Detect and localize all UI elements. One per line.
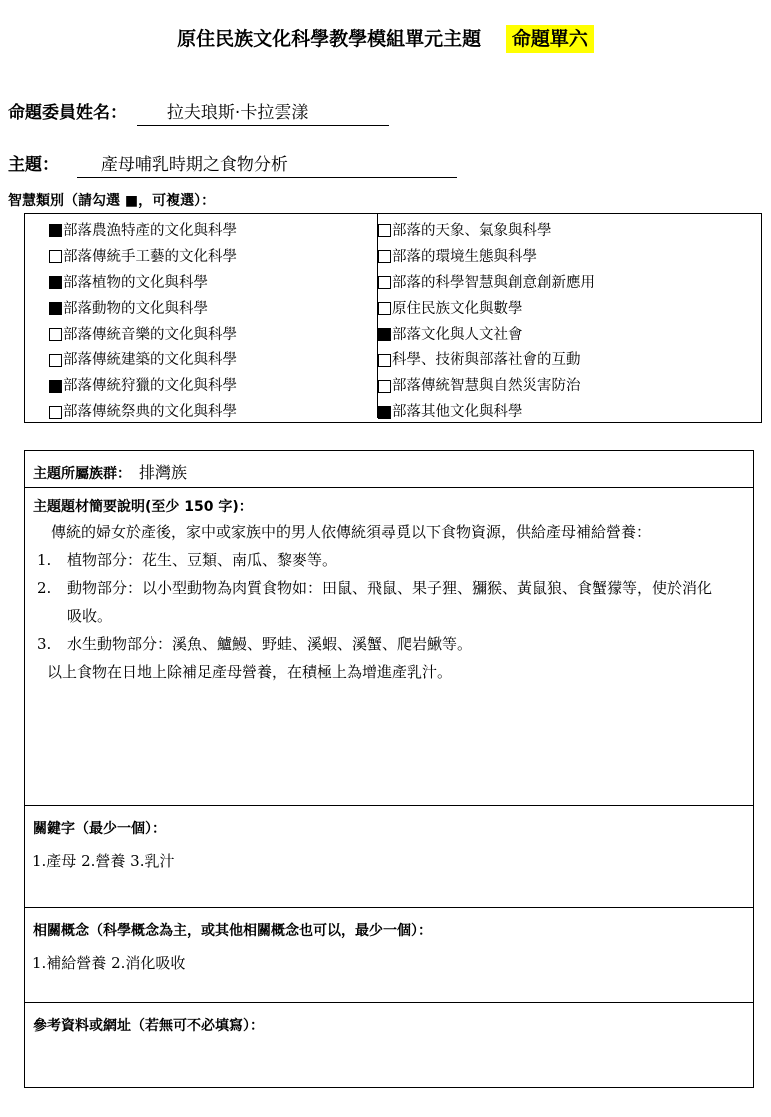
description-list-item: 3.水生動物部分：溪魚、鱸鰻、野蛙、溪蝦、溪蟹、爬岩鰍等。 bbox=[33, 630, 753, 658]
list-text: 水生動物部分：溪魚、鱸鰻、野蛙、溪蝦、溪蟹、爬岩鰍等。 bbox=[67, 630, 717, 658]
concepts-label: 相關概念（科學概念為主，或其他相關概念也可以，最少一個）： bbox=[33, 920, 753, 940]
category-item-label: 部落的環境生態與科學 bbox=[392, 244, 537, 270]
topic-field: 主題： 產母哺乳時期之食物分析 bbox=[8, 150, 457, 178]
category-item[interactable]: 部落傳統狩獵的文化與科學 bbox=[49, 373, 374, 399]
category-column-left: 部落農漁特產的文化與科學 部落傳統手工藝的文化科學 部落植物的文化與科學 部落動… bbox=[49, 218, 374, 425]
category-item-label: 部落文化與人文社會 bbox=[392, 322, 523, 348]
checkbox-icon[interactable] bbox=[49, 354, 62, 367]
list-text: 動物部分：以小型動物為肉質食物如：田鼠、飛鼠、果子狸、獼猴、黃鼠狼、食蟹獴等，使… bbox=[67, 574, 717, 630]
tribe-label: 主題所屬族群： bbox=[33, 466, 131, 482]
category-item-label: 原住民族文化與數學 bbox=[392, 296, 523, 322]
list-text: 植物部分：花生、豆類、南瓜、黎麥等。 bbox=[67, 546, 717, 574]
description-list-item: 2.動物部分：以小型動物為肉質食物如：田鼠、飛鼠、果子狸、獼猴、黃鼠狼、食蟹獴等… bbox=[33, 574, 753, 630]
category-item-label: 科學、技術與部落社會的互動 bbox=[392, 347, 581, 373]
checkbox-icon[interactable] bbox=[378, 224, 391, 237]
keywords-label: 關鍵字（最少一個）： bbox=[33, 818, 753, 838]
checkbox-icon[interactable] bbox=[49, 406, 62, 419]
category-item-label: 部落的天象、氣象與科學 bbox=[392, 218, 552, 244]
checkbox-icon[interactable] bbox=[378, 302, 391, 315]
category-item[interactable]: 部落傳統祭典的文化與科學 bbox=[49, 399, 374, 425]
checkbox-icon[interactable] bbox=[49, 250, 62, 263]
category-label: 智慧類別（請勾選 ■，可複選）： bbox=[8, 190, 215, 210]
topic-details-table: 主題所屬族群：排灣族 主題題材簡要說明(至少 150 字)： 傳統的婦女於產後，… bbox=[24, 450, 754, 1088]
title-text: 原住民族文化科學教學模組單元主題 bbox=[177, 28, 481, 50]
references-label: 參考資料或網址（若無可不必填寫）： bbox=[33, 1015, 753, 1035]
category-item-label: 部落動物的文化與科學 bbox=[63, 296, 208, 322]
concepts-row: 相關概念（科學概念為主，或其他相關概念也可以，最少一個）： 1.補給營養 2.消… bbox=[25, 908, 753, 1003]
checkbox-icon[interactable] bbox=[49, 380, 62, 393]
description-row: 主題題材簡要說明(至少 150 字)： 傳統的婦女於產後，家中或家族中的男人依傳… bbox=[25, 488, 753, 806]
category-item[interactable]: 部落農漁特產的文化與科學 bbox=[49, 218, 374, 244]
checkbox-icon[interactable] bbox=[378, 328, 391, 341]
list-number: 3. bbox=[33, 630, 67, 658]
tribe-row: 主題所屬族群：排灣族 bbox=[25, 451, 753, 488]
category-item[interactable]: 部落傳統音樂的文化與科學 bbox=[49, 322, 374, 348]
category-column-right: 部落的天象、氣象與科學 部落的環境生態與科學 部落的科學智慧與創意創新應用 原住… bbox=[377, 214, 757, 418]
checkbox-icon[interactable] bbox=[49, 276, 62, 289]
category-item-label: 部落其他文化與科學 bbox=[392, 399, 523, 425]
list-number: 1. bbox=[33, 546, 67, 574]
references-row: 參考資料或網址（若無可不必填寫）： bbox=[25, 1003, 753, 1088]
category-item[interactable]: 科學、技術與部落社會的互動 bbox=[378, 347, 757, 373]
checkbox-icon[interactable] bbox=[378, 406, 391, 419]
category-item[interactable]: 部落其他文化與科學 bbox=[378, 399, 757, 425]
committee-value[interactable]: 拉夫琅斯·卡拉雲漾 bbox=[137, 98, 389, 126]
category-item[interactable]: 部落傳統手工藝的文化科學 bbox=[49, 244, 374, 270]
checkbox-icon[interactable] bbox=[49, 302, 62, 315]
description-list-item: 1.植物部分：花生、豆類、南瓜、黎麥等。 bbox=[33, 546, 753, 574]
committee-field: 命題委員姓名： 拉夫琅斯·卡拉雲漾 bbox=[8, 98, 389, 126]
category-item[interactable]: 原住民族文化與數學 bbox=[378, 296, 757, 322]
description-footer: 以上食物在日地上除補足產母營養，在積極上為增進產乳汁。 bbox=[33, 658, 753, 686]
category-item[interactable]: 部落傳統建築的文化與科學 bbox=[49, 347, 374, 373]
category-item[interactable]: 部落傳統智慧與自然災害防治 bbox=[378, 373, 757, 399]
description-label: 主題題材簡要說明(至少 150 字)： bbox=[33, 496, 753, 516]
category-item-label: 部落的科學智慧與創意創新應用 bbox=[392, 270, 595, 296]
category-item-label: 部落農漁特產的文化與科學 bbox=[63, 218, 237, 244]
checkbox-icon[interactable] bbox=[378, 354, 391, 367]
topic-label: 主題： bbox=[8, 155, 59, 175]
tribe-value[interactable]: 排灣族 bbox=[139, 463, 187, 482]
page-title: 原住民族文化科學教學模組單元主題 命題單六 bbox=[0, 24, 771, 51]
category-item[interactable]: 部落的天象、氣象與科學 bbox=[378, 218, 757, 244]
checkbox-icon[interactable] bbox=[378, 276, 391, 289]
description-intro: 傳統的婦女於產後，家中或家族中的男人依傳統須尋覓以下食物資源，供給產母補給營養： bbox=[33, 518, 753, 546]
topic-value[interactable]: 產母哺乳時期之食物分析 bbox=[77, 150, 457, 178]
category-item[interactable]: 部落動物的文化與科學 bbox=[49, 296, 374, 322]
list-number: 2. bbox=[33, 574, 67, 630]
checkbox-icon[interactable] bbox=[378, 250, 391, 263]
keywords-row: 關鍵字（最少一個）： 1.產母 2.營養 3.乳汁 bbox=[25, 806, 753, 908]
committee-label: 命題委員姓名： bbox=[8, 103, 127, 123]
category-item[interactable]: 部落的環境生態與科學 bbox=[378, 244, 757, 270]
category-checklist: 部落農漁特產的文化與科學 部落傳統手工藝的文化科學 部落植物的文化與科學 部落動… bbox=[24, 213, 762, 423]
category-item[interactable]: 部落植物的文化與科學 bbox=[49, 270, 374, 296]
worksheet-badge: 命題單六 bbox=[506, 25, 594, 53]
category-item-label: 部落傳統狩獵的文化與科學 bbox=[63, 373, 237, 399]
category-item-label: 部落植物的文化與科學 bbox=[63, 270, 208, 296]
category-item-label: 部落傳統建築的文化與科學 bbox=[63, 347, 237, 373]
category-item-label: 部落傳統祭典的文化與科學 bbox=[63, 399, 237, 425]
concepts-value[interactable]: 1.補給營養 2.消化吸收 bbox=[32, 952, 753, 973]
checkbox-icon[interactable] bbox=[49, 328, 62, 341]
category-item[interactable]: 部落文化與人文社會 bbox=[378, 322, 757, 348]
checkbox-icon[interactable] bbox=[378, 380, 391, 393]
keywords-value[interactable]: 1.產母 2.營養 3.乳汁 bbox=[32, 850, 753, 871]
category-item-label: 部落傳統手工藝的文化科學 bbox=[63, 244, 237, 270]
checkbox-icon[interactable] bbox=[49, 224, 62, 237]
category-item-label: 部落傳統音樂的文化與科學 bbox=[63, 322, 237, 348]
category-item-label: 部落傳統智慧與自然災害防治 bbox=[392, 373, 581, 399]
category-item[interactable]: 部落的科學智慧與創意創新應用 bbox=[378, 270, 757, 296]
